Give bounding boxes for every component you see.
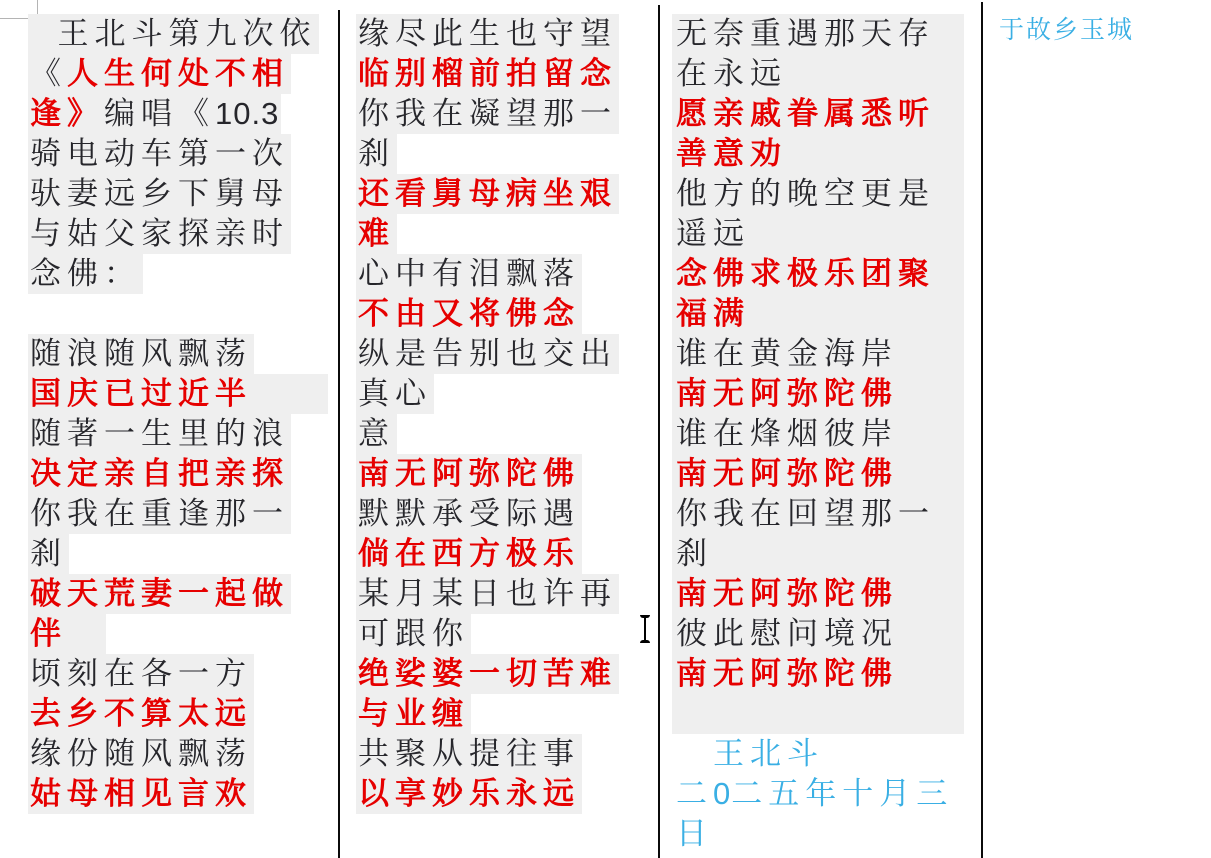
lyric-line: 在永远 [674, 54, 955, 94]
text-run: 他方的晚空更是 [674, 174, 937, 214]
text-segment: 在永远 [676, 56, 787, 91]
highlighted-text-run: 姑母相见言欢 [28, 774, 254, 814]
highlighted-text-run: 逢》编唱《10.3 [28, 94, 281, 134]
text-segment: 福满 [676, 296, 750, 331]
highlighted-text-run: 破天荒妻一起做 [28, 574, 291, 614]
lyric-line: 缘份随风飘荡 [28, 734, 328, 774]
highlighted-text-run: 还看舅母病坐艰 [356, 174, 619, 214]
ibeam-cursor-stem [644, 617, 646, 641]
lyric-line: 与业缠 [356, 694, 619, 734]
lyric-line: 南无阿弥陀佛 [674, 574, 955, 614]
text-segment: 《 [30, 56, 67, 91]
lyric-line: 难 [356, 214, 619, 254]
highlighted-text-run: 驮妻远乡下舅母 [28, 174, 291, 214]
lyric-line: 刹 [674, 534, 955, 574]
text-segment: 你我在回望那一 [676, 496, 935, 531]
column-divider-line-3 [981, 2, 983, 858]
text-run: 福满 [674, 294, 752, 334]
lyric-line: 刹 [356, 134, 619, 174]
text-run: 愿亲戚眷属悉听 [674, 94, 937, 134]
text-segment: 逢》 [30, 96, 104, 131]
lyric-line: 某月某日也许再 [356, 574, 619, 614]
lyric-line: 南无阿弥陀佛 [674, 654, 955, 694]
lyric-line: 还看舅母病坐艰 [356, 174, 619, 214]
lyric-line: 王北斗 [674, 734, 955, 774]
lyric-line: 念佛： [28, 254, 328, 294]
highlighted-text-run: 意 [356, 414, 397, 454]
lyric-line: 愿亲戚眷属悉听 [674, 94, 955, 134]
text-segment: 绝娑婆一切苦难 [358, 656, 617, 691]
lyric-line: 国庆已过近半 [28, 374, 328, 414]
highlighted-text-run: 倘在西方极乐 [356, 534, 582, 574]
text-run: 无奈重遇那天存 [674, 14, 937, 54]
text-segment: 谁在烽烟彼岸 [676, 416, 898, 451]
text-segment: 刹 [358, 136, 395, 171]
lyric-line: 《人生何处不相 [28, 54, 328, 94]
lyric-line: 意 [356, 414, 619, 454]
text-segment: 与业缠 [358, 696, 469, 731]
lyric-line: 与姑父家探亲时 [28, 214, 328, 254]
text-segment: 南无阿弥陀佛 [676, 576, 898, 611]
highlighted-text-run: 纵是告别也交出 [356, 334, 619, 374]
lyric-line: 你我在重逢那一 [28, 494, 328, 534]
text-segment: 顷刻在各一方 [30, 656, 252, 691]
text-run: 王北斗 [674, 734, 826, 774]
highlighted-text-run: 骑电动车第一次 [28, 134, 291, 174]
lyric-line: 念佛求极乐团聚 [674, 254, 955, 294]
lyric-line: 绝娑婆一切苦难 [356, 654, 619, 694]
highlighted-text-run: 可跟你 [356, 614, 471, 654]
text-segment: 善意劝 [676, 136, 787, 171]
highlighted-text-run: 你我在凝望那一 [356, 94, 619, 134]
ibeam-cursor-bottom-serif [640, 640, 650, 643]
text-segment: 王北斗第九次依 [30, 16, 317, 51]
lyric-line: 二0二五年十月三 [674, 774, 955, 814]
text-segment: 可跟你 [358, 616, 469, 651]
highlighted-text-run: 默默承受际遇 [356, 494, 582, 534]
text-segment: 二 [676, 776, 713, 811]
text-segment: 以享妙乐永远 [358, 776, 580, 811]
location-annotation: 于故乡玉城 [999, 10, 1134, 46]
document-page: { "document": { "colors": { "text": "#26… [0, 0, 1211, 858]
text-run: 南无阿弥陀佛 [674, 654, 900, 694]
highlighted-text-run: 绝娑婆一切苦难 [356, 654, 619, 694]
text-segment: 去乡不算太远 [30, 696, 252, 731]
lyric-line: 南无阿弥陀佛 [674, 454, 955, 494]
lyric-line: 决定亲自把亲探 [28, 454, 328, 494]
highlighted-text-run: 缘份随风飘荡 [28, 734, 254, 774]
lyric-line: 骑电动车第一次 [28, 134, 328, 174]
lyric-line: 以享妙乐永远 [356, 774, 619, 814]
lyric-line: 共聚从提往事 [356, 734, 619, 774]
highlighted-text-run: 不由又将佛念 [356, 294, 582, 334]
text-segment: 人生何处不相 [67, 56, 289, 91]
lyric-line: 南无阿弥陀佛 [356, 454, 619, 494]
text-segment: 真心 [358, 376, 432, 411]
lyric-line: 你我在回望那一 [674, 494, 955, 534]
text-segment: 刹 [676, 536, 713, 571]
text-segment: 你我在重逢那一 [30, 496, 289, 531]
highlighted-text-run: 临别榴前拍留念 [356, 54, 619, 94]
text-segment: 与姑父家探亲时 [30, 216, 289, 251]
highlighted-text-run: 以享妙乐永远 [356, 774, 582, 814]
lyric-line [28, 294, 328, 334]
lyric-line: 心中有泪飘落 [356, 254, 619, 294]
text-segment: 他方的晚空更是 [676, 176, 935, 211]
text-segment: 刹 [30, 536, 67, 571]
text-segment: 纵是告别也交出 [358, 336, 617, 371]
text-segment: 决定亲自把亲探 [30, 456, 289, 491]
highlighted-text-run: 真心 [356, 374, 434, 414]
text-segment: 国庆已过近半 [30, 376, 326, 411]
highlighted-text-run: 随著一生里的浪 [28, 414, 291, 454]
highlighted-text-run: 念佛： [28, 254, 143, 294]
lyric-line: 驮妻远乡下舅母 [28, 174, 328, 214]
column-divider-line-1 [338, 10, 340, 858]
text-run: 在永远 [674, 54, 789, 94]
text-segment: 你我在凝望那一 [358, 96, 617, 131]
lyric-line: 伴 [28, 614, 328, 654]
lyric-line: 南无阿弥陀佛 [674, 374, 955, 414]
text-segment: 南无阿弥陀佛 [676, 376, 898, 411]
text-segment: 编唱《 [104, 96, 215, 131]
lyric-line: 随浪随风飘荡 [28, 334, 328, 374]
text-segment: 念佛求极乐团聚 [676, 256, 935, 291]
highlighted-text-run: 伴 [28, 614, 106, 654]
highlighted-text-run: 顷刻在各一方 [28, 654, 254, 694]
text-segment: 南无阿弥陀佛 [676, 656, 898, 691]
highlighted-text-run: 难 [356, 214, 397, 254]
highlighted-text-run: 《人生何处不相 [28, 54, 291, 94]
text-run: 谁在黄金海岸 [674, 334, 900, 374]
lyrics-column-3[interactable]: 无奈重遇那天存在永远愿亲戚眷属悉听善意劝他方的晚空更是遥远念佛求极乐团聚福满谁在… [674, 14, 955, 854]
text-run: 南无阿弥陀佛 [674, 454, 900, 494]
ibeam-cursor-icon [638, 615, 652, 643]
text-segment: 彼此慰问境况 [676, 616, 898, 651]
lyric-line: 倘在西方极乐 [356, 534, 619, 574]
lyric-line: 谁在烽烟彼岸 [674, 414, 955, 454]
text-run: 你我在回望那一 [674, 494, 937, 534]
lyric-line: 刹 [28, 534, 328, 574]
text-segment: 某月某日也许再 [358, 576, 617, 611]
highlighted-text-run: 刹 [28, 534, 69, 574]
lyrics-column-2[interactable]: 缘尽此生也守望临别榴前拍留念你我在凝望那一刹还看舅母病坐艰难心中有泪飘落不由又将… [356, 14, 619, 814]
text-segment: 意 [358, 416, 395, 451]
text-segment: 谁在黄金海岸 [676, 336, 898, 371]
lyric-line: 缘尽此生也守望 [356, 14, 619, 54]
lyric-line [674, 694, 955, 734]
highlighted-text-run: 国庆已过近半 [28, 374, 328, 414]
text-run: 彼此慰问境况 [674, 614, 900, 654]
lyric-line: 随著一生里的浪 [28, 414, 328, 454]
lyric-line: 可跟你 [356, 614, 619, 654]
lyric-line: 去乡不算太远 [28, 694, 328, 734]
text-segment: 默默承受际遇 [358, 496, 580, 531]
text-segment: 骑电动车第一次 [30, 136, 289, 171]
lyric-line: 你我在凝望那一 [356, 94, 619, 134]
text-run: 善意劝 [674, 134, 789, 174]
text-segment: 日 [676, 816, 713, 851]
text-segment: 倘在西方极乐 [358, 536, 580, 571]
lyric-line: 破天荒妻一起做 [28, 574, 328, 614]
text-segment: 难 [358, 216, 395, 251]
text-run: 刹 [674, 534, 715, 574]
text-segment: 不由又将佛念 [358, 296, 580, 331]
text-segment: 破天荒妻一起做 [30, 576, 289, 611]
lyrics-column-1[interactable]: 王北斗第九次依《人生何处不相逢》编唱《10.3骑电动车第一次驮妻远乡下舅母与姑父… [28, 14, 328, 814]
lyric-line: 临别榴前拍留念 [356, 54, 619, 94]
lyric-line: 默默承受际遇 [356, 494, 619, 534]
text-run: 遥远 [674, 214, 752, 254]
text-segment: 南无阿弥陀佛 [358, 456, 580, 491]
lyric-line: 谁在黄金海岸 [674, 334, 955, 374]
text-segment: 愿亲戚眷属悉听 [676, 96, 935, 131]
highlighted-text-run: 王北斗第九次依 [28, 14, 319, 54]
highlighted-text-run: 缘尽此生也守望 [356, 14, 619, 54]
lyric-line: 遥远 [674, 214, 955, 254]
text-segment: 随浪随风飘荡 [30, 336, 252, 371]
text-segment: 共聚从提往事 [358, 736, 580, 771]
text-segment: 还看舅母病坐艰 [358, 176, 617, 211]
lyric-line: 顷刻在各一方 [28, 654, 328, 694]
highlighted-text-run: 去乡不算太远 [28, 694, 254, 734]
lyric-line: 王北斗第九次依 [28, 14, 328, 54]
highlighted-text-run: 你我在重逢那一 [28, 494, 291, 534]
highlighted-text-run: 心中有泪飘落 [356, 254, 582, 294]
lyric-line: 纵是告别也交出 [356, 334, 619, 374]
text-segment: 无奈重遇那天存 [676, 16, 935, 51]
text-run: 日 [674, 814, 715, 854]
column-divider-line-2 [658, 5, 660, 858]
text-segment: 念佛： [30, 256, 141, 291]
highlighted-text-run: 与业缠 [356, 694, 471, 734]
text-segment: 南无阿弥陀佛 [676, 456, 898, 491]
text-run: 二0二五年十月三 [674, 774, 955, 814]
text-run: 谁在烽烟彼岸 [674, 414, 900, 454]
text-segment: 心中有泪飘落 [358, 256, 580, 291]
text-segment: 缘份随风飘荡 [30, 736, 252, 771]
lyric-line: 逢》编唱《10.3 [28, 94, 328, 134]
lyric-line: 善意劝 [674, 134, 955, 174]
text-segment: 王北斗 [676, 736, 824, 771]
text-segment: 二五年十月三 [731, 776, 953, 811]
text-segment: 姑母相见言欢 [30, 776, 252, 811]
highlighted-text-run: 随浪随风飘荡 [28, 334, 254, 374]
text-segment: 临别榴前拍留念 [358, 56, 617, 91]
text-segment: 随著一生里的浪 [30, 416, 289, 451]
text-segment: 遥远 [676, 216, 750, 251]
text-run: 念佛求极乐团聚 [674, 254, 937, 294]
highlighted-text-run: 与姑父家探亲时 [28, 214, 291, 254]
lyric-line: 彼此慰问境况 [674, 614, 955, 654]
highlighted-text-run: 某月某日也许再 [356, 574, 619, 614]
text-segment: 驮妻远乡下舅母 [30, 176, 289, 211]
lyric-line: 真心 [356, 374, 619, 414]
lyric-line: 日 [674, 814, 955, 854]
text-segment: 缘尽此生也守望 [358, 16, 617, 51]
text-segment: 伴 [30, 616, 104, 651]
lyric-line: 不由又将佛念 [356, 294, 619, 334]
lyric-line: 他方的晚空更是 [674, 174, 955, 214]
text-run: 南无阿弥陀佛 [674, 574, 900, 614]
highlighted-text-run: 决定亲自把亲探 [28, 454, 291, 494]
highlighted-text-run: 刹 [356, 134, 397, 174]
lyric-line: 姑母相见言欢 [28, 774, 328, 814]
lyric-line: 福满 [674, 294, 955, 334]
text-run: 南无阿弥陀佛 [674, 374, 900, 414]
lyric-line: 无奈重遇那天存 [674, 14, 955, 54]
highlighted-text-run: 共聚从提往事 [356, 734, 582, 774]
highlighted-text-run: 南无阿弥陀佛 [356, 454, 582, 494]
text-segment: 10.3 [215, 96, 279, 131]
text-segment: 0 [713, 776, 731, 811]
